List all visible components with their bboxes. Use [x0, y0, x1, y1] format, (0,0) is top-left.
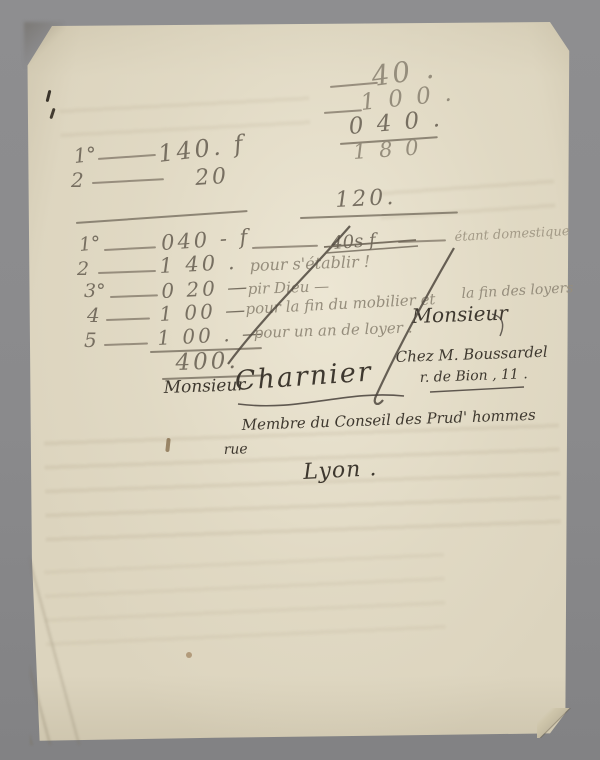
scanned-document-photo: 40 . 1 0 0 . 0 4 0 . 1 8 0 1° 140. f 2 2… — [0, 0, 600, 760]
list-row-no: 1° — [78, 232, 101, 256]
list-row-no: 4 — [87, 303, 100, 327]
list-row-note: pir Dieu — — [247, 277, 329, 298]
calc-item2-value: 20 — [194, 164, 230, 191]
calc-result: 120. — [335, 185, 397, 213]
sum-total: 1 8 0 — [352, 135, 422, 164]
list-row-struck-text: 40s f — [331, 230, 377, 254]
calc-item2-no: 2 — [71, 168, 84, 192]
salutation: Monsieur — [163, 375, 246, 398]
list-row-amount: 1 40 . — [159, 250, 238, 278]
salutation-upper: Monsieur — [411, 301, 508, 328]
rue-word: rue — [223, 441, 248, 458]
list-row-no: 3° — [84, 280, 106, 302]
list-row-no: 5 — [84, 328, 97, 352]
calc-item1-no: 1° — [72, 142, 97, 168]
city-line: Lyon . — [303, 456, 378, 485]
list-row-no: 2 — [77, 258, 89, 280]
list-total: 400. — [175, 348, 239, 376]
paper-stain-speck — [186, 652, 192, 658]
